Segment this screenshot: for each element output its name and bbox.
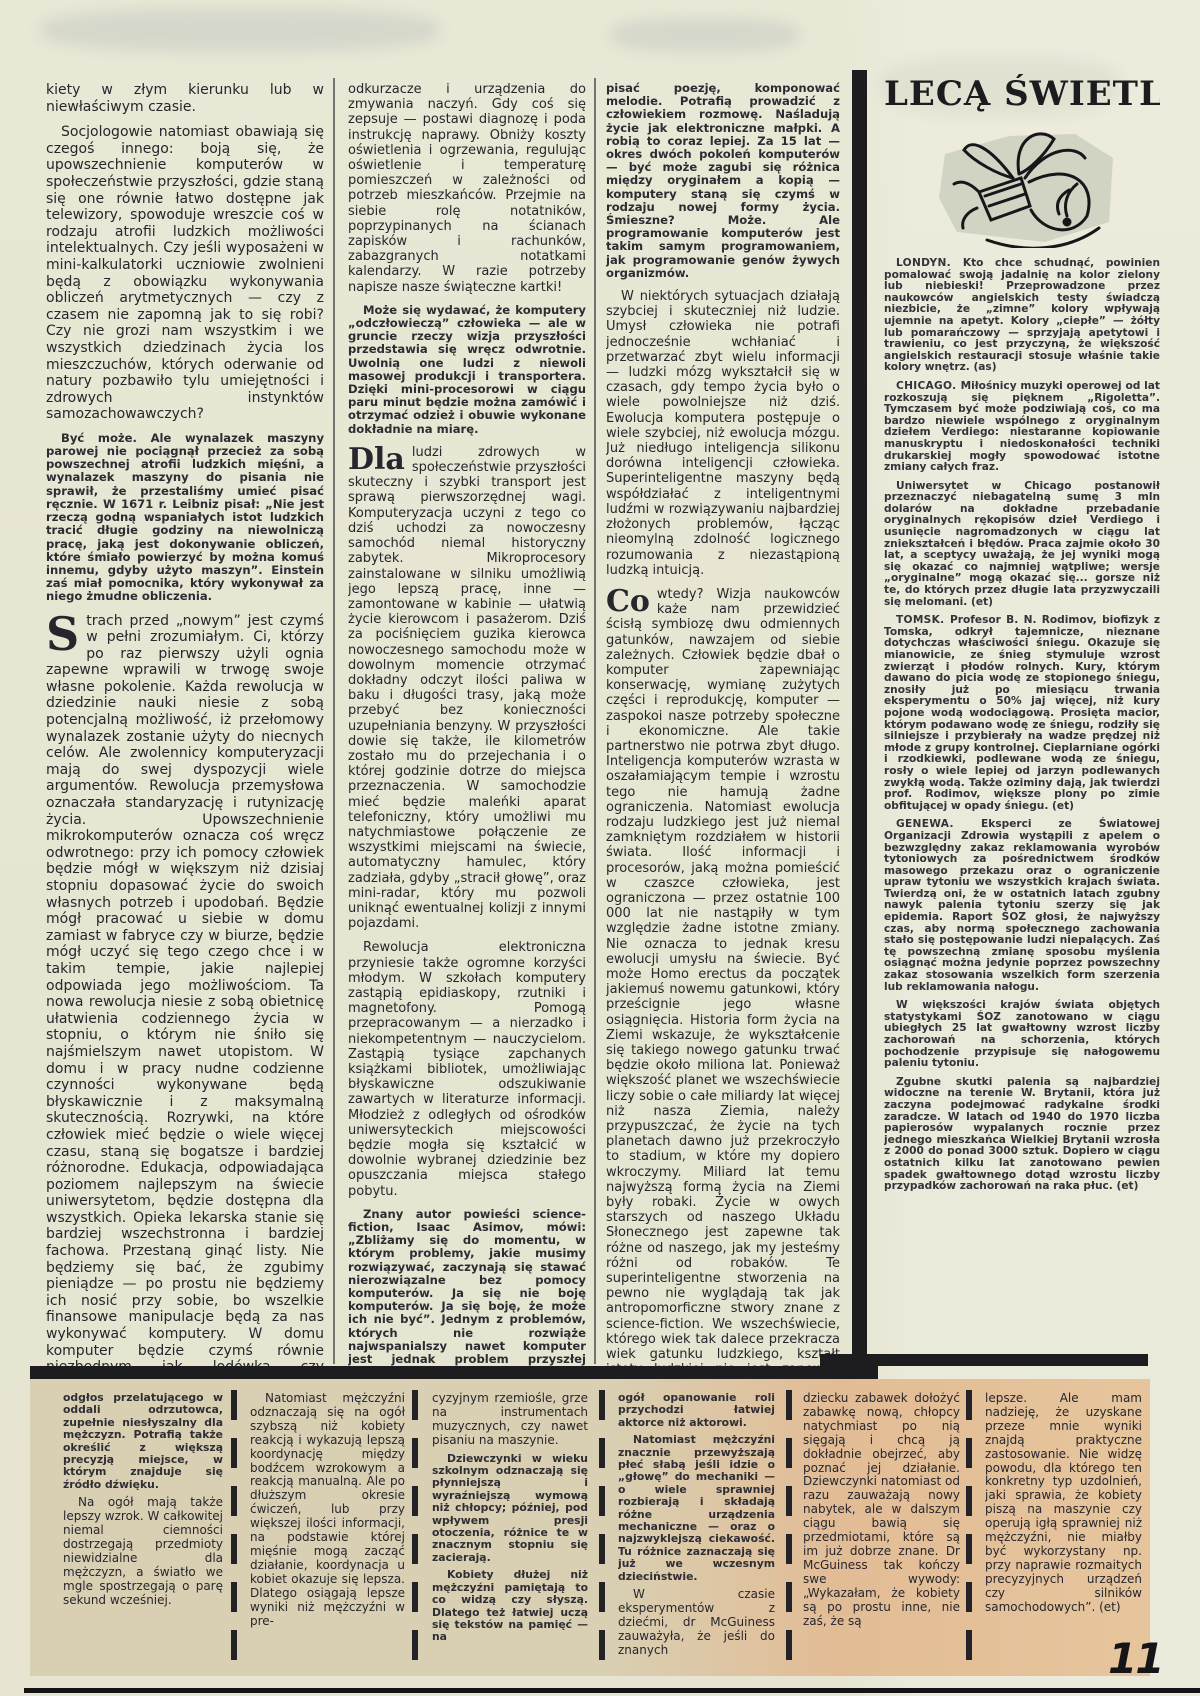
bottom-column-5: dziecku zabawek dołożyć zabawkę nową, ch… xyxy=(803,1392,960,1670)
paragraph: pisać poezję, komponować melodie. Potraf… xyxy=(606,82,840,280)
paragraph: odgłos przelatującego w oddali odrzutowc… xyxy=(63,1392,223,1491)
paragraph: Rewolucja elektroniczna przyniesie także… xyxy=(348,940,586,1198)
bottom-column-6: lepsze. Ale mam nadzieję, że uzyskane pr… xyxy=(985,1392,1142,1670)
paragraph: Na ogół mają także lepszy wzrok. W całko… xyxy=(63,1496,223,1607)
dashed-column-rule xyxy=(412,1390,418,1664)
paragraph: W czasie eksperymentów z dziećmi, dr McG… xyxy=(618,1588,775,1658)
news-sidebar: LECĄ ŚWIETLIKI LONDYN. Kto chce schudnąć… xyxy=(884,74,1160,1358)
paragraph: Być może. Ale wynalazek maszyny parowej … xyxy=(46,432,324,604)
column-rule xyxy=(594,78,596,1364)
paragraph: Zgubne skutki palenia są najbardziej wid… xyxy=(884,1077,1160,1193)
news-items: LONDYN. Kto chce schudnąć, powinien poma… xyxy=(884,258,1160,1193)
section-divider-right xyxy=(820,1354,1148,1366)
print-bleed-smudge xyxy=(40,8,440,52)
dashed-column-rule xyxy=(231,1390,237,1664)
firefly-sketch-icon xyxy=(917,120,1127,248)
paragraph: Strach przed „nowym” jest czymś w pełni … xyxy=(46,613,324,1366)
paragraph: W większości krajów świata objętych stat… xyxy=(884,1000,1160,1070)
paragraph: Socjologowie natomiast obawiają się czeg… xyxy=(46,124,324,423)
sidebar-separator-bar xyxy=(852,70,867,1356)
paragraph: LONDYN. Kto chce schudnąć, powinien poma… xyxy=(884,258,1160,374)
paragraph: GENEWA. Eksperci ze Światowej Organizacj… xyxy=(884,819,1160,993)
article-column-3: pisać poezję, komponować melodie. Potraf… xyxy=(606,82,840,1366)
bottom-edge-rule xyxy=(24,1688,1200,1693)
paragraph: ogół opanowanie roli przychodzi łatwiej … xyxy=(618,1392,775,1429)
paragraph: dziecku zabawek dołożyć zabawkę nową, ch… xyxy=(803,1392,960,1628)
paragraph: Kobiety dłużej niż mężczyźni pamiętają t… xyxy=(432,1569,588,1643)
paragraph: kiety w złym kierunku lub w niewłaściwym… xyxy=(46,82,324,115)
article-column-1: kiety w złym kierunku lub w niewłaściwym… xyxy=(46,82,324,1366)
article-column-2: odkurzacze i urządzenia do zmywania nacz… xyxy=(348,82,586,1366)
print-bleed-smudge xyxy=(610,18,800,52)
section-divider-left xyxy=(30,1366,878,1379)
drop-word: Dla xyxy=(348,447,405,473)
news-city-lead: TOMSK. xyxy=(896,614,950,626)
paragraph: Dziewczynki w wieku szkolnym odznaczają … xyxy=(432,1453,588,1565)
paragraph: Może się wydawać, że komputery „odczłowi… xyxy=(348,304,586,436)
paragraph: Natomiast mężczyźni odznaczają się na og… xyxy=(250,1392,405,1628)
dashed-column-rule xyxy=(786,1390,792,1664)
bottom-column-3: cyzyjnym rzemiośle, grze na instrumentac… xyxy=(432,1392,588,1670)
paragraph: Dlaludzi zdrowych w społeczeństwie przys… xyxy=(348,445,586,932)
bottom-column-4: ogół opanowanie roli przychodzi łatwiej … xyxy=(618,1392,775,1670)
paragraph: lepsze. Ale mam nadzieję, że uzyskane pr… xyxy=(985,1392,1142,1615)
bottom-column-1: odgłos przelatującego w oddali odrzutowc… xyxy=(63,1392,223,1670)
paragraph: CHICAGO. Miłośnicy muzyki operowej od la… xyxy=(884,381,1160,474)
paragraph: W niektórych sytuacjach działają szybcie… xyxy=(606,289,840,578)
news-city-lead: GENEWA. xyxy=(896,818,981,830)
news-city-lead: CHICAGO. xyxy=(896,380,961,392)
news-city-lead: LONDYN. xyxy=(896,257,963,269)
paragraph: Natomiast mężczyźni znacznie przewyższaj… xyxy=(618,1434,775,1583)
newspaper-page: kiety w złym kierunku lub w niewłaściwym… xyxy=(0,0,1200,1696)
dashed-column-rule xyxy=(599,1390,605,1664)
paragraph: odkurzacze i urządzenia do zmywania nacz… xyxy=(348,82,586,295)
bottom-column-2: Natomiast mężczyźni odznaczają się na og… xyxy=(250,1392,405,1670)
news-headline: LECĄ ŚWIETLIKI xyxy=(884,74,1160,114)
paragraph: TOMSK. Profesor B. N. Rodimov, biofizyk … xyxy=(884,615,1160,812)
column-rule xyxy=(333,78,335,1364)
page-number: 11 xyxy=(1108,1634,1162,1683)
paragraph: Cowtedy? Wizja naukowców każe nam przewi… xyxy=(606,587,840,1366)
dashed-column-rule xyxy=(966,1390,972,1664)
paragraph: cyzyjnym rzemiośle, grze na instrumentac… xyxy=(432,1392,588,1448)
drop-word: Co xyxy=(606,589,650,615)
paragraph: Znany autor powieści science-fiction, Is… xyxy=(348,1208,586,1366)
drop-cap: S xyxy=(46,616,79,653)
paragraph: Uniwersytet w Chicago postanowił przezna… xyxy=(884,481,1160,609)
